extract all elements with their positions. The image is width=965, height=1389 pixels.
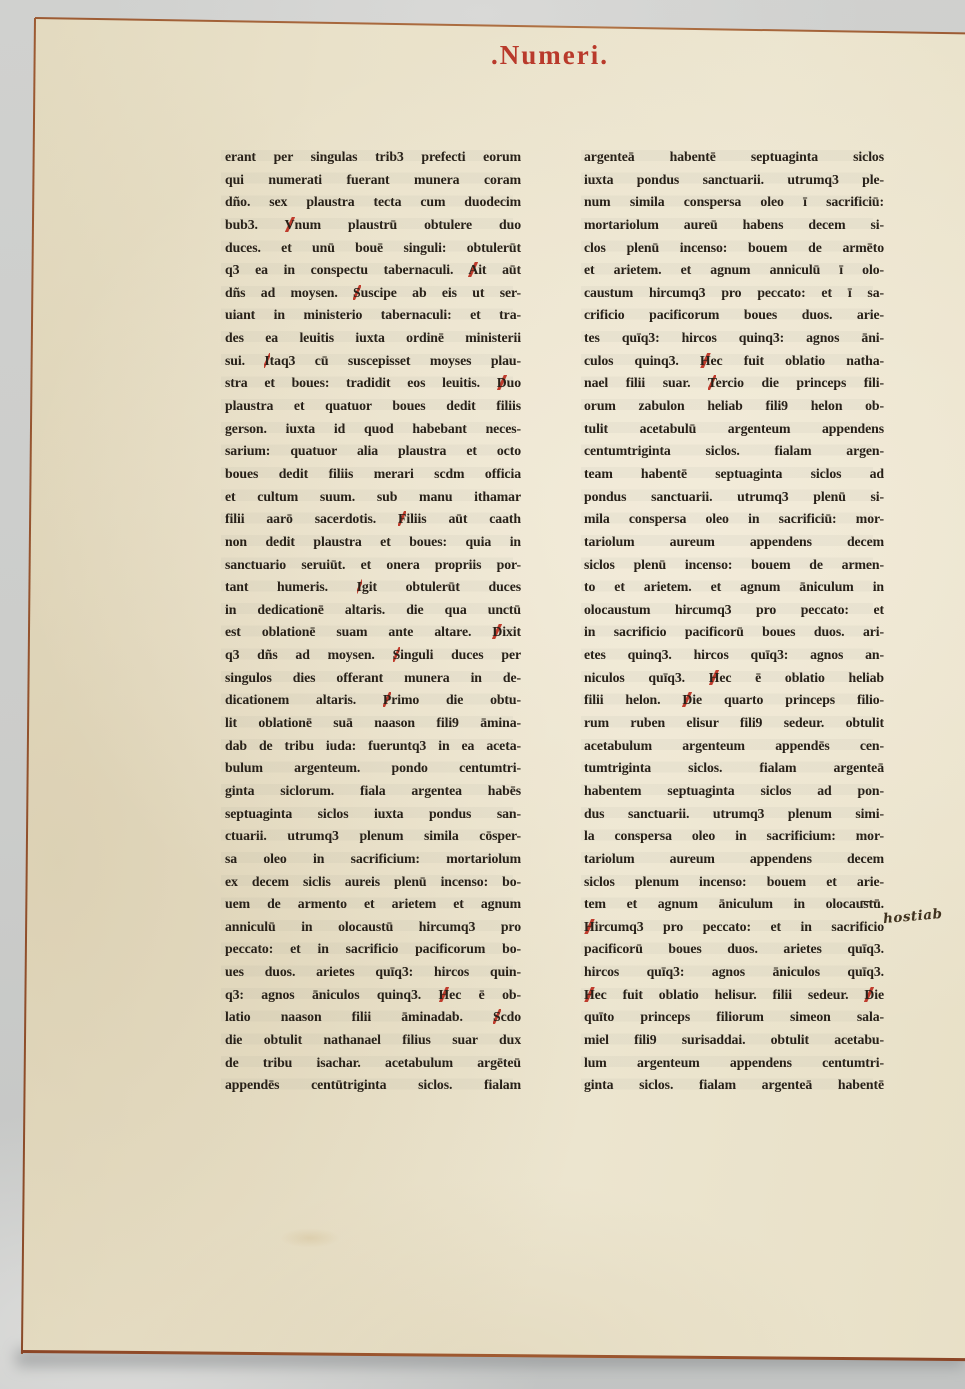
- text-line: clos plenū incenso: bouem de armēto: [584, 237, 884, 260]
- text-line: etes quinq3. hircos quīq3: agnos an-: [584, 644, 884, 667]
- text-line: sui. Itaq3 cū suscepisset moyses plau-: [225, 350, 521, 373]
- text-line: niculos quīq3. Hec ē oblatio heliab: [584, 667, 884, 690]
- text-column-left: erant per singulas trib3 prefecti eorumq…: [225, 146, 521, 1097]
- margin-line-mark: —: [861, 892, 898, 912]
- text-line: caustum hircumq3 pro peccato: et ī sa-: [584, 282, 884, 305]
- text-line: miel fili9 surisaddai. obtulit acetabu-: [584, 1029, 884, 1052]
- text-line: siclos plenū incenso: bouem de armen-: [584, 554, 884, 577]
- text-line: lum argenteum appendens centumtri-: [584, 1052, 884, 1075]
- text-line: de tribu isachar. acetabulum argēteū: [225, 1052, 521, 1075]
- text-line: in sacrificio pacificorū boues duos. ari…: [584, 621, 884, 644]
- text-line: siclos plenum incenso: bouem et arie-: [584, 871, 884, 894]
- text-line: ginta siclorum. fiala argentea habēs: [225, 780, 521, 803]
- text-line: tem et agnum āniculum in olocaustū.: [584, 893, 884, 916]
- text-line: dus sanctuarii. utrumq3 plenum simi-: [584, 803, 884, 826]
- text-line: filii aarō sacerdotis. Filiis aūt caath: [225, 508, 521, 531]
- text-line: crificio pacificorum boues duos. arie-: [584, 304, 884, 327]
- parchment-stain: [280, 1228, 340, 1248]
- rubricated-capital: P: [383, 692, 391, 707]
- text-line: non dedit plaustra et boues: quia in: [225, 531, 521, 554]
- text-line: dño. sex plaustra tecta cum duodecim: [225, 191, 521, 214]
- text-line: des ea leuitis iuxta ordinē ministerii: [225, 327, 521, 350]
- text-line: pondus sanctuarii. utrumq3 plenū si-: [584, 486, 884, 509]
- text-line: qui numerati fuerant munera coram: [225, 169, 521, 192]
- text-line: q3: agnos āniculos quinq3. Hec ē ob-: [225, 984, 521, 1007]
- text-line: acetabulum argenteum appendēs cen-: [584, 735, 884, 758]
- text-line: mila conspersa oleo in sacrificiū: mor-: [584, 508, 884, 531]
- text-line: q3 ea in conspectu tabernaculi. Ait aūt: [225, 259, 521, 282]
- text-line: erant per singulas trib3 prefecti eorum: [225, 146, 521, 169]
- text-line: olocaustum hircumq3 pro peccato: et: [584, 599, 884, 622]
- text-line: pacificorū boues duos. arietes quīq3.: [584, 938, 884, 961]
- rubricated-capital: H: [700, 353, 711, 368]
- text-line: gerson. iuxta id quod habebant neces-: [225, 418, 521, 441]
- rubricated-capital: S: [493, 1009, 501, 1024]
- rubricated-capital: S: [393, 647, 401, 662]
- rubricated-capital: V: [285, 217, 295, 232]
- text-line: latio naason filii āminadab. Scdo: [225, 1006, 521, 1029]
- text-line: anniculū in olocaustū hircumq3 pro: [225, 916, 521, 939]
- text-line: Hircumq3 pro peccato: et in sacrificio: [584, 916, 884, 939]
- text-line: rum ruben elisur fili9 sedeur. obtulit: [584, 712, 884, 735]
- text-line: lit oblationē suā naason fili9 āmina-: [225, 712, 521, 735]
- text-line: argenteā habentē septuaginta siclos: [584, 146, 884, 169]
- rubricated-capital: T: [708, 375, 716, 390]
- text-line: bulum argenteum. pondo centumtri-: [225, 757, 521, 780]
- text-line: sa oleo in sacrificium: mortariolum: [225, 848, 521, 871]
- text-line: uiant in ministerio tabernaculi: et tra-: [225, 304, 521, 327]
- text-line: tumtriginta siclos. fialam argenteā: [584, 757, 884, 780]
- text-line: tariolum aureum appendens decem: [584, 531, 884, 554]
- rubricated-capital: H: [439, 987, 450, 1002]
- text-line: quīto princeps filiorum simeon sala-: [584, 1006, 884, 1029]
- text-line: peccato: et in sacrificio pacificorum bo…: [225, 938, 521, 961]
- text-line: bub3. Vnum plaustrū obtulere duo: [225, 214, 521, 237]
- text-line: boues dedit filiis merari scdm officia: [225, 463, 521, 486]
- text-line: et cultum suum. sub manu ithamar: [225, 486, 521, 509]
- text-line: centumtriginta siclos. fialam argen-: [584, 440, 884, 463]
- manuscript-page: .Numeri. erant per singulas trib3 prefec…: [0, 0, 965, 1389]
- text-line: septuaginta siclos iuxta pondus san-: [225, 803, 521, 826]
- text-line: ues duos. arietes quīq3: hircos quin-: [225, 961, 521, 984]
- rubricated-capital: I: [264, 353, 269, 368]
- text-line: est oblationē suam ante altare. Dixit: [225, 621, 521, 644]
- text-line: dñs ad moysen. Suscipe ab eis ut ser-: [225, 282, 521, 305]
- text-line: die obtulit nathanael filius suar dux: [225, 1029, 521, 1052]
- text-line: dab de tribu iuda: fueruntq3 in ea aceta…: [225, 735, 521, 758]
- text-line: stra et boues: tradidit eos leuitis. Duo: [225, 372, 521, 395]
- text-line: to et arietem. et agnum āniculum in: [584, 576, 884, 599]
- rubricated-capital: F: [398, 511, 406, 526]
- text-line: orum zabulon heliab fili9 helon ob-: [584, 395, 884, 418]
- rubricated-capital: D: [864, 987, 874, 1002]
- text-line: num simila conspersa oleo ī sacrificiū:: [584, 191, 884, 214]
- text-line: ex decem siclis aureis plenū incenso: bo…: [225, 871, 521, 894]
- rubricated-capital: H: [709, 670, 720, 685]
- text-line: in dedicationē altaris. die qua unctū: [225, 599, 521, 622]
- text-line: dicationem altaris. Primo die obtu-: [225, 689, 521, 712]
- text-line: Hec fuit oblatio helisur. filii sedeur. …: [584, 984, 884, 1007]
- text-column-right: argenteā habentē septuaginta siclosiuxta…: [584, 146, 884, 1097]
- text-line: plaustra et quatuor boues dedit filiis: [225, 395, 521, 418]
- text-line: filii helon. Die quarto princeps filio-: [584, 689, 884, 712]
- text-line: tariolum aureum appendens decem: [584, 848, 884, 871]
- rubricated-capital: I: [357, 579, 362, 594]
- text-line: tant humeris. Igit obtulerūt duces: [225, 576, 521, 599]
- text-line: uem de armento et arietem et agnum: [225, 893, 521, 916]
- text-line: mortariolum aureū habens decem si-: [584, 214, 884, 237]
- text-line: team habentē septuaginta siclos ad: [584, 463, 884, 486]
- text-line: sarium: quatuor alia plaustra et octo: [225, 440, 521, 463]
- running-title: .Numeri.: [430, 40, 670, 71]
- text-line: ctuarii. utrumq3 plenum simila cōsper-: [225, 825, 521, 848]
- text-line: tes quīq3: hircos quinq3: agnos āni-: [584, 327, 884, 350]
- text-line: tulit acetabulū argenteum appendens: [584, 418, 884, 441]
- text-line: duces. et unū bouē singuli: obtulerūt: [225, 237, 521, 260]
- rubricated-capital: D: [492, 624, 502, 639]
- rubricated-capital: A: [468, 262, 478, 277]
- rubricated-capital: H: [584, 987, 595, 1002]
- rubricated-capital: S: [353, 285, 361, 300]
- text-line: culos quinq3. Hec fuit oblatio natha-: [584, 350, 884, 373]
- text-line: et arietem. et agnum anniculū ī olo-: [584, 259, 884, 282]
- text-line: la conspersa oleo in sacrificium: mor-: [584, 825, 884, 848]
- rubricated-capital: D: [682, 692, 692, 707]
- rubricated-capital: D: [497, 375, 507, 390]
- rubricated-capital: H: [584, 919, 595, 934]
- text-line: hircos quīq3: agnos āniculos quīq3.: [584, 961, 884, 984]
- text-line: q3 dñs ad moysen. Singuli duces per: [225, 644, 521, 667]
- text-line: nael filii suar. Tercio die princeps fil…: [584, 372, 884, 395]
- text-line: habentem septuaginta siclos ad pon-: [584, 780, 884, 803]
- text-line: iuxta pondus sanctuarii. utrumq3 ple-: [584, 169, 884, 192]
- text-line: appendēs centūtriginta siclos. fialam: [225, 1074, 521, 1097]
- text-line: ginta siclos. fialam argenteā habentē: [584, 1074, 884, 1097]
- text-line: singulos dies offerant munera in de-: [225, 667, 521, 690]
- text-line: sanctuario seruiūt. et onera propriis po…: [225, 554, 521, 577]
